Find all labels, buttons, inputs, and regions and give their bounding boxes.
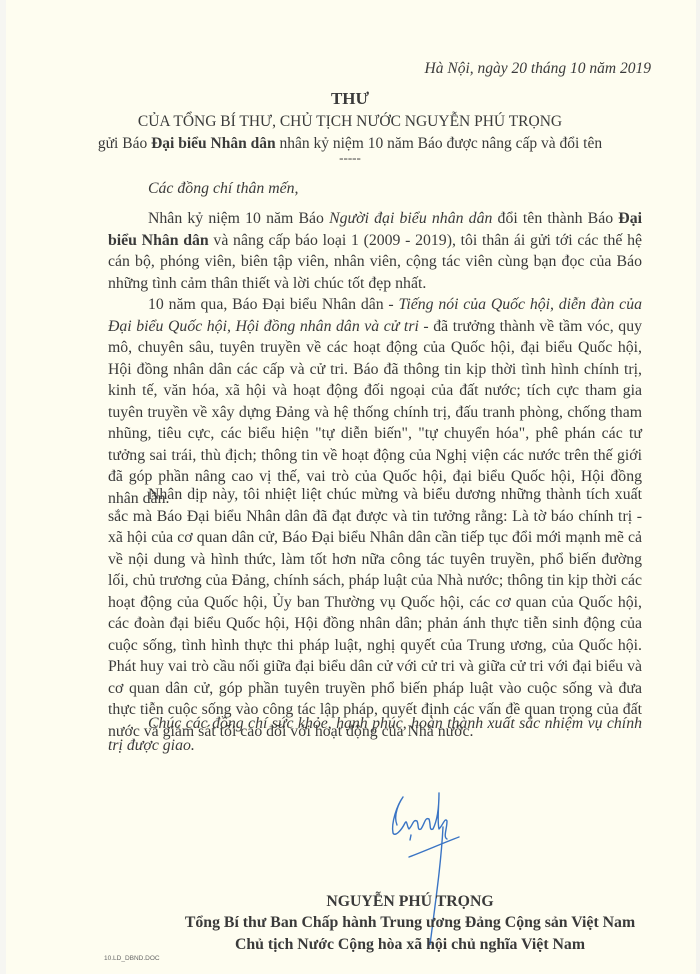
signer-name: NGUYỄN PHÚ TRỌNG [150, 893, 670, 911]
signer-title-party: Tổng Bí thư Ban Chấp hành Trung ương Đản… [150, 914, 670, 932]
closing-wish: Chúc các đồng chí sức khỏe, hạnh phúc, h… [108, 713, 642, 756]
p1-old-name: Người đại biểu nhân dân [329, 210, 492, 227]
p1-text-1: Nhân kỷ niệm 10 năm Báo [148, 210, 329, 227]
letter-title: THƯ [0, 89, 700, 109]
paragraph-3: Nhân dịp này, tôi nhiệt liệt chúc mừng v… [108, 484, 642, 742]
p2-text-2: - đã trưởng thành về tầm vóc, quy mô, ch… [108, 318, 642, 507]
separator: ----- [0, 150, 700, 166]
paragraph-1: Nhân kỷ niệm 10 năm Báo Người đại biểu n… [108, 208, 642, 294]
p1-text-2: đổi tên thành Báo [492, 210, 618, 227]
date-line: Hà Nội, ngày 20 tháng 10 năm 2019 [425, 60, 651, 78]
greeting: Các đồng chí thân mến, [108, 178, 642, 200]
signer-title-state: Chủ tịch Nước Cộng hòa xã hội chủ nghĩa … [150, 936, 670, 954]
p2-text-1: 10 năm qua, Báo Đại biểu Nhân dân - [148, 296, 398, 313]
letter-subtitle-author: CỦA TỔNG BÍ THƯ, CHỦ TỊCH NƯỚC NGUYỄN PH… [0, 113, 700, 131]
paragraph-2: 10 năm qua, Báo Đại biểu Nhân dân - Tiến… [108, 294, 642, 509]
letter-page: Hà Nội, ngày 20 tháng 10 năm 2019 THƯ CỦ… [0, 0, 700, 974]
footer-filename: 10.LD_DBND.DOC [104, 955, 160, 962]
